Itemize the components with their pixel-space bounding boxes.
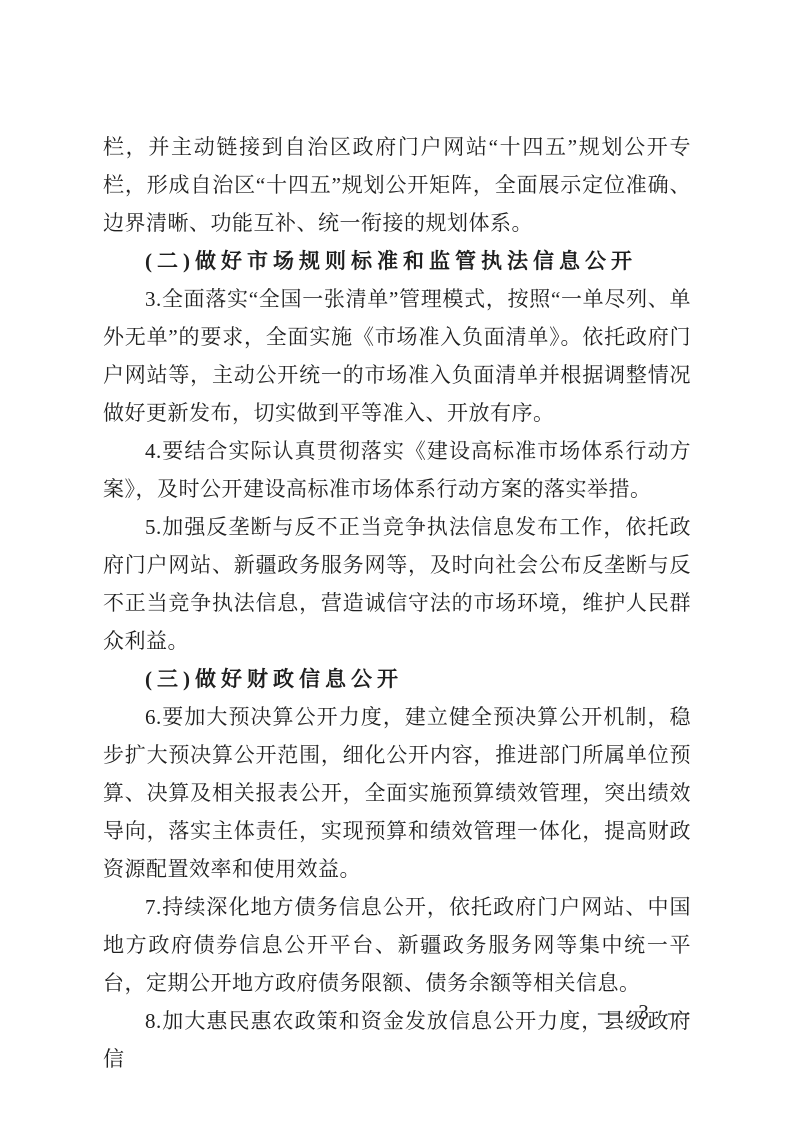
document-body: 栏，并主动链接到自治区政府门户网站“十四五”规划公开专栏，形成自治区“十四五”规… [103,128,691,1078]
paragraph-item-5: 5.加强反垄断与反不正当竞争执法信息发布工作，依托政府门户网站、新疆政务服务网等… [103,508,691,660]
page-number: — 3 — [598,996,691,1028]
document-page: 栏，并主动链接到自治区政府门户网站“十四五”规划公开专栏，形成自治区“十四五”规… [0,0,793,1122]
paragraph-item-3: 3.全面落实“全国一张清单”管理模式，按照“一单尽列、单外无单”的要求，全面实施… [103,280,691,432]
paragraph-continuation: 栏，并主动链接到自治区政府门户网站“十四五”规划公开专栏，形成自治区“十四五”规… [103,128,691,242]
paragraph-item-6: 6.要加大预决算公开力度，建立健全预决算公开机制，稳步扩大预决算公开范围，细化公… [103,698,691,888]
section-heading-3: (三)做好财政信息公开 [103,660,691,698]
paragraph-item-4: 4.要结合实际认真贯彻落实《建设高标准市场体系行动方案》，及时公开建设高标准市场… [103,432,691,508]
paragraph-item-7: 7.持续深化地方债务信息公开，依托政府门户网站、中国地方政府债券信息公开平台、新… [103,888,691,1002]
section-heading-2: (二)做好市场规则标准和监管执法信息公开 [103,242,691,280]
